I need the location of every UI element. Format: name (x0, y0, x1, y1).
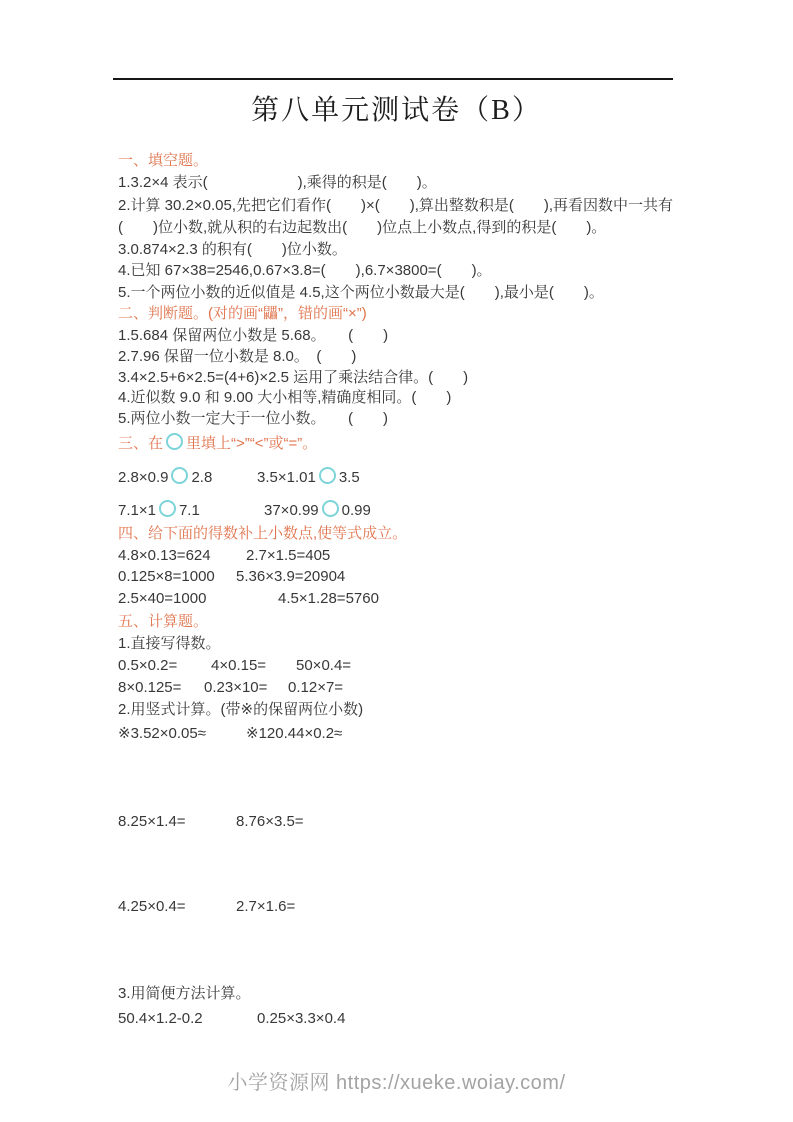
section5-sub3: 3.用简便方法计算。 (118, 984, 251, 1003)
calc-item: 0.12×7= (288, 678, 343, 697)
compare-expr: 2.8×0.9 (118, 469, 168, 486)
equation: 2.5×40=1000 (118, 589, 278, 608)
compare-circle-icon (171, 467, 188, 484)
calc-item: 8.76×3.5= (236, 812, 304, 831)
calc-item: 8×0.125= (118, 678, 204, 697)
simple-calc-row: 50.4×1.2-0.20.25×3.3×0.4 (118, 1009, 345, 1028)
compare-circle-icon (166, 433, 183, 450)
calc-item: ※120.44×0.2≈ (246, 724, 342, 743)
fill-blank-q3: 3.0.874×2.3 的积有( )位小数。 (118, 240, 347, 259)
section4-heading: 四、给下面的得数补上小数点,使等式成立。 (118, 524, 407, 543)
section5-heading: 五、计算题。 (118, 612, 208, 631)
compare-expr: 37×0.99 (264, 502, 319, 519)
vertical-calc-row2: 8.25×1.4=8.76×3.5= (118, 812, 304, 831)
fill-blank-q2-line1: 2.计算 30.2×0.05,先把它们看作( )×( ),算出整数积是( ),再… (118, 196, 673, 215)
title-divider (113, 78, 673, 80)
compare-value: 3.5 (339, 469, 360, 486)
decimal-point-row3: 2.5×40=10004.5×1.28=5760 (118, 589, 379, 608)
calc-item: ※3.52×0.05≈ (118, 724, 246, 743)
test-paper-page: 第八单元测试卷（B） 一、填空题。 1.3.2×4 表示( ),乘得的积是( )… (0, 0, 793, 1122)
fill-blank-q5: 5.一个两位小数的近似值是 4.5,这个两位小数最大是( ),最小是( )。 (118, 283, 604, 302)
compare-circle-icon (322, 500, 339, 517)
vertical-calc-row3: 4.25×0.4=2.7×1.6= (118, 897, 295, 916)
oral-calc-row2: 8×0.125=0.23×10=0.12×7= (118, 678, 343, 697)
equation: 4.8×0.13=624 (118, 546, 246, 565)
calc-item: 50.4×1.2-0.2 (118, 1009, 257, 1028)
compare-expr: 3.5×1.01 (257, 469, 316, 486)
compare-circle-icon (319, 467, 336, 484)
vertical-calc-row1: ※3.52×0.05≈※120.44×0.2≈ (118, 724, 342, 743)
section3-heading-post: 里填上“>”“<”或“=”。 (186, 435, 317, 452)
calc-item: 0.25×3.3×0.4 (257, 1009, 345, 1028)
compare-value: 0.99 (342, 502, 371, 519)
calc-item: 4.25×0.4= (118, 897, 236, 916)
equation: 0.125×8=1000 (118, 567, 236, 586)
judge-q2: 2.7.96 保留一位小数是 8.0。 ( ) (118, 347, 356, 366)
decimal-point-row2: 0.125×8=10005.36×3.9=20904 (118, 567, 345, 586)
calc-item: 4×0.15= (211, 656, 296, 675)
compare-value: 2.8 (191, 469, 212, 486)
section2-heading: 二、判断题。(对的画“鼺”，错的画“×”) (118, 304, 367, 323)
compare-row1: 2.8×0.92.83.5×1.013.5 (118, 467, 360, 487)
judge-q1: 1.5.684 保留两位小数是 5.68。 ( ) (118, 326, 388, 345)
footer-watermark: 小学资源网 https://xueke.woiay.com/ (0, 1066, 793, 1095)
equation: 2.7×1.5=405 (246, 546, 330, 565)
page-title: 第八单元测试卷（B） (0, 88, 793, 128)
fill-blank-q2-line2: ( )位小数,就从积的右边起数出( )位点上小数点,得到的积是( )。 (118, 218, 606, 237)
calc-item: 0.23×10= (204, 678, 288, 697)
judge-q5: 5.两位小数一定大于一位小数。 ( ) (118, 409, 388, 428)
compare-value: 7.1 (179, 502, 200, 519)
section5-sub1: 1.直接写得数。 (118, 634, 221, 653)
oral-calc-row1: 0.5×0.2=4×0.15=50×0.4= (118, 656, 351, 675)
calc-item: 0.5×0.2= (118, 656, 211, 675)
compare-expr: 7.1×1 (118, 502, 156, 519)
judge-q3: 3.4×2.5+6×2.5=(4+6)×2.5 运用了乘法结合律。( ) (118, 368, 468, 387)
section3-heading: 三、在里填上“>”“<”或“=”。 (118, 433, 317, 453)
compare-row2: 7.1×17.137×0.990.99 (118, 500, 371, 520)
decimal-point-row1: 4.8×0.13=6242.7×1.5=405 (118, 546, 330, 565)
section3-heading-pre: 三、在 (118, 435, 163, 452)
equation: 5.36×3.9=20904 (236, 567, 345, 586)
section5-sub2: 2.用竖式计算。(带※的保留两位小数) (118, 700, 363, 719)
calc-item: 50×0.4= (296, 656, 351, 675)
section1-heading: 一、填空题。 (118, 151, 208, 170)
fill-blank-q4: 4.已知 67×38=2546,0.67×3.8=( ),6.7×3800=( … (118, 261, 492, 280)
calc-item: 8.25×1.4= (118, 812, 236, 831)
equation: 4.5×1.28=5760 (278, 589, 379, 608)
fill-blank-q1: 1.3.2×4 表示( ),乘得的积是( )。 (118, 173, 437, 192)
judge-q4: 4.近似数 9.0 和 9.00 大小相等,精确度相同。( ) (118, 388, 451, 407)
calc-item: 2.7×1.6= (236, 897, 295, 916)
compare-circle-icon (159, 500, 176, 517)
